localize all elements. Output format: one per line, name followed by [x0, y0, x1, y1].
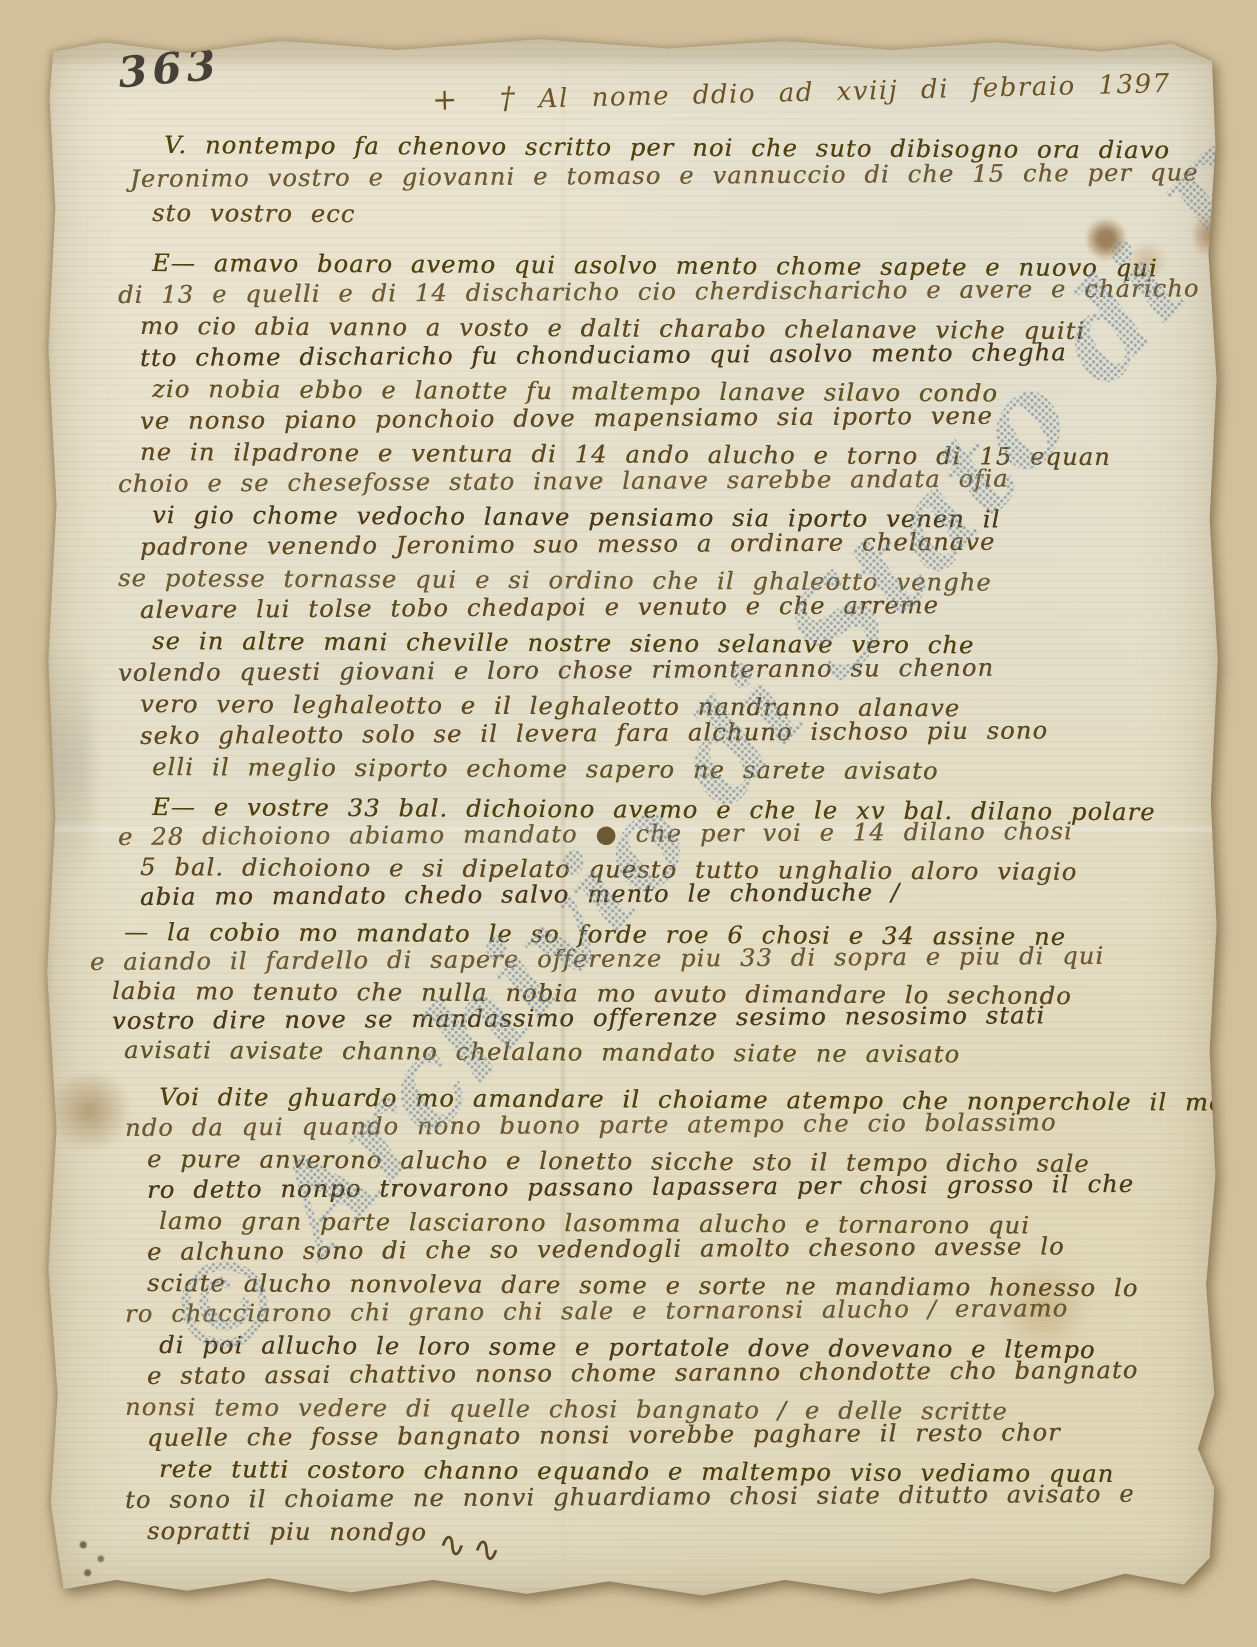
manuscript-line: choio e se chesefosse stato inave lanave… [118, 462, 1200, 500]
manuscript-paragraph-3: E— e vostre 33 bal. dichoiono avemo e ch… [88, 792, 1156, 912]
manuscript-line: quelle che fosse bangnato nonsi vorebbe … [147, 1416, 1237, 1454]
manuscript-paragraph-4: — la cobio mo mandato le so forde roe 6 … [60, 918, 1104, 1066]
manuscript-line: tto chome discharicho fu chonduciamo qui… [140, 336, 1200, 374]
stain-left-grime [40, 596, 92, 936]
manuscript-line: ro chacciarono chi grano chi sale e torn… [125, 1292, 1237, 1330]
manuscript-paragraph-2: E— amavo boaro avemo qui asolvo mento ch… [88, 248, 1200, 784]
manuscript-line: ro detto nonpo trovarono passano lapasse… [147, 1168, 1237, 1206]
manuscript-line: vostro dire nove se mandassimo offerenze… [112, 1000, 1104, 1036]
cross-icon: + † [432, 81, 526, 118]
closing-flourish-icon: ∿∿ [436, 1523, 510, 1572]
manuscript-line: di 13 e quelli e di 14 discharicho cio c… [118, 273, 1200, 311]
manuscript-line: ve nonso piano ponchoio dove mapensiamo … [140, 399, 1200, 437]
paper-sheet: 363 + †Al nome ddio ad xviij di febraio … [46, 36, 1219, 1597]
manuscript-page: 363 + †Al nome ddio ad xviij di febraio … [0, 0, 1257, 1647]
manuscript-line: abia mo mandato chedo salvo mento le cho… [140, 876, 1156, 912]
manuscript-line: elli il meglio siporto echome sapero ne … [152, 752, 1200, 789]
stain-top-grime [46, 36, 1219, 62]
archive-number: 363 [116, 40, 223, 98]
manuscript-line: to sono il choiame ne nonvi ghuardiamo c… [125, 1478, 1237, 1516]
manuscript-line: e aiando il fardello di sapere offerenze… [90, 941, 1104, 977]
scan-background: 363 + †Al nome ddio ad xviij di febraio … [0, 0, 1257, 1647]
manuscript-line: ndo da qui quando nono buono parte atemp… [125, 1106, 1237, 1144]
manuscript-line: avisati avisate channo chelalano mandato… [124, 1036, 1104, 1071]
manuscript-line: volendo questi giovani e loro chose rimo… [118, 651, 1200, 689]
manuscript-paragraph-1: V. nontempo fa chenovo scritto per noi c… [100, 128, 1199, 230]
manuscript-line: sopratti piu nondgo [147, 1516, 1237, 1553]
manuscript-line: sto vostro ecc [152, 196, 1199, 235]
manuscript-line: e alchuno sono di che so vedendogli amol… [147, 1230, 1237, 1268]
manuscript-line: seko ghaleotto solo se il levera fara al… [140, 714, 1200, 752]
manuscript-line: alevare lui tolse tobo chedapoi e venuto… [140, 588, 1200, 626]
manuscript-paragraph-5: Voi dite ghuardo mo amandare il choiame … [95, 1082, 1237, 1547]
manuscript-line: e stato assai chattivo nonso chome saran… [147, 1354, 1237, 1392]
manuscript-line: padrone venendo Jeronimo suo messo a ord… [140, 525, 1200, 563]
manuscript-line: Jeronimo vostro e giovanni e tomaso e va… [130, 155, 1199, 196]
header-text: Al nome ddio ad xviij di febraio 1397 [538, 69, 1171, 114]
manuscript-line: e 28 dichoiono abiamo mandato ● che per … [118, 816, 1156, 852]
header-date-line: + †Al nome ddio ad xviij di febraio 1397 [432, 65, 1171, 118]
